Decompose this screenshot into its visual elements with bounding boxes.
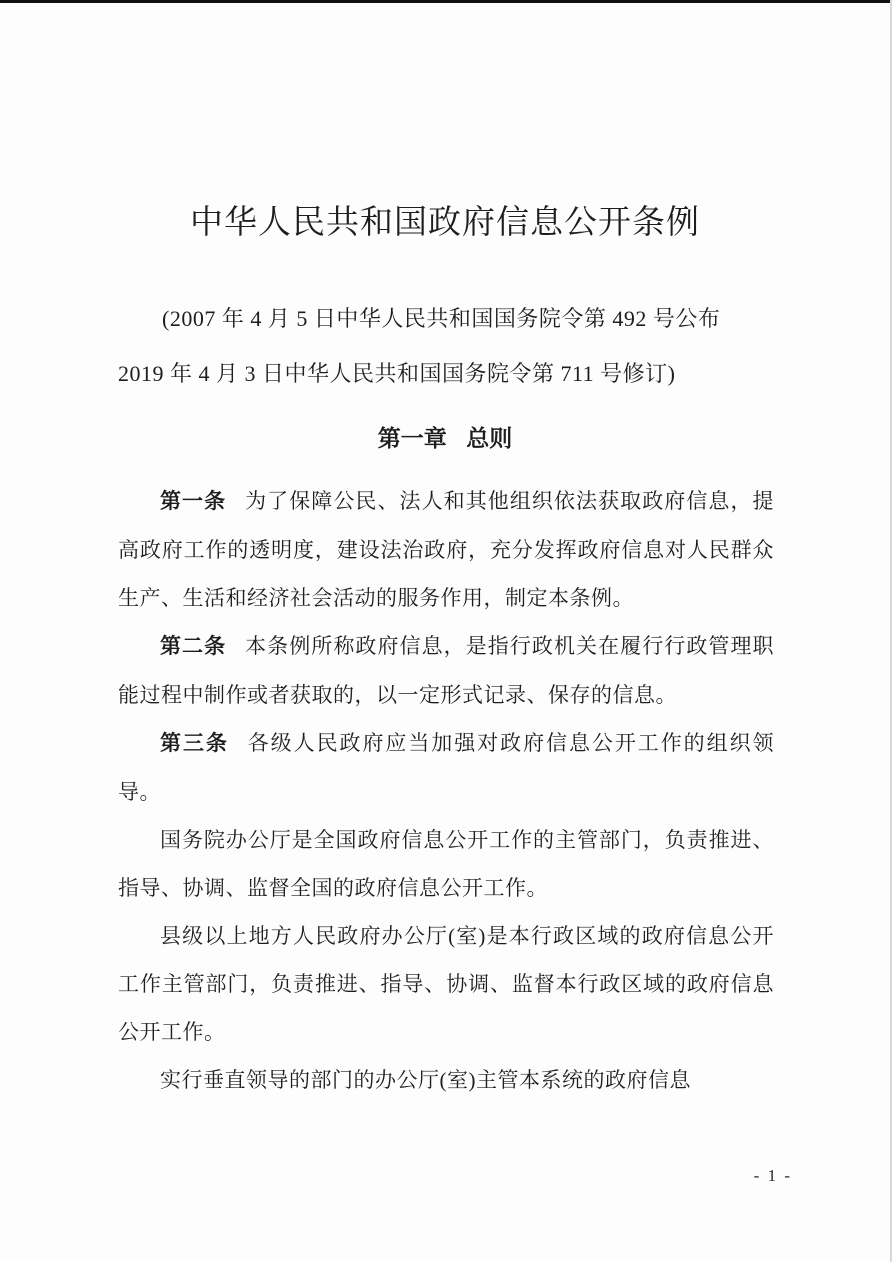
article-number: 第二条 — [160, 635, 226, 658]
publication-note-line-1: (2007 年 4 月 5 日中华人民共和国国务院令第 492 号公布 — [118, 291, 772, 346]
article-number: 第一条 — [160, 490, 226, 513]
body-paragraph: 国务院办公厅是全国政府信息公开工作的主管部门，负责推进、指导、协调、监督全国的政… — [118, 816, 774, 912]
article-paragraph: 第三条各级人民政府应当加强对政府信息公开工作的组织领导。 — [118, 719, 774, 816]
publication-note: (2007 年 4 月 5 日中华人民共和国国务院令第 492 号公布 2019… — [118, 291, 772, 401]
chapter-number: 第一章 — [378, 425, 447, 451]
body-paragraph: 实行垂直领导的部门的办公厅(室)主管本系统的政府信息 — [118, 1056, 774, 1104]
chapter-heading: 第一章总则 — [0, 423, 890, 453]
paragraph-text: 国务院办公厅是全国政府信息公开工作的主管部门，负责推进、指导、协调、监督全国的政… — [118, 828, 774, 900]
article-number: 第三条 — [160, 732, 229, 755]
article-paragraph: 第二条本条例所称政府信息，是指行政机关在履行行政管理职能过程中制作或者获取的，以… — [118, 622, 774, 719]
article-paragraph: 第一条为了保障公民、法人和其他组织依法获取政府信息，提高政府工作的透明度，建设法… — [118, 477, 774, 622]
publication-note-line-2: 2019 年 4 月 3 日中华人民共和国国务院令第 711 号修订) — [118, 346, 772, 401]
chapter-title: 总则 — [466, 425, 512, 451]
document-page: 中华人民共和国政府信息公开条例 (2007 年 4 月 5 日中华人民共和国国务… — [0, 0, 892, 1262]
body-paragraph: 县级以上地方人民政府办公厅(室)是本行政区域的政府信息公开工作主管部门，负责推进… — [118, 912, 774, 1056]
paragraph-text: 县级以上地方人民政府办公厅(室)是本行政区域的政府信息公开工作主管部门，负责推进… — [118, 924, 774, 1044]
document-body: 第一条为了保障公民、法人和其他组织依法获取政府信息，提高政府工作的透明度，建设法… — [118, 477, 774, 1104]
paragraph-text: 实行垂直领导的部门的办公厅(室)主管本系统的政府信息 — [160, 1068, 691, 1092]
document-title: 中华人民共和国政府信息公开条例 — [0, 203, 890, 243]
page-number: - 1 - — [754, 1166, 792, 1186]
scan-edge-top — [0, 0, 890, 3]
